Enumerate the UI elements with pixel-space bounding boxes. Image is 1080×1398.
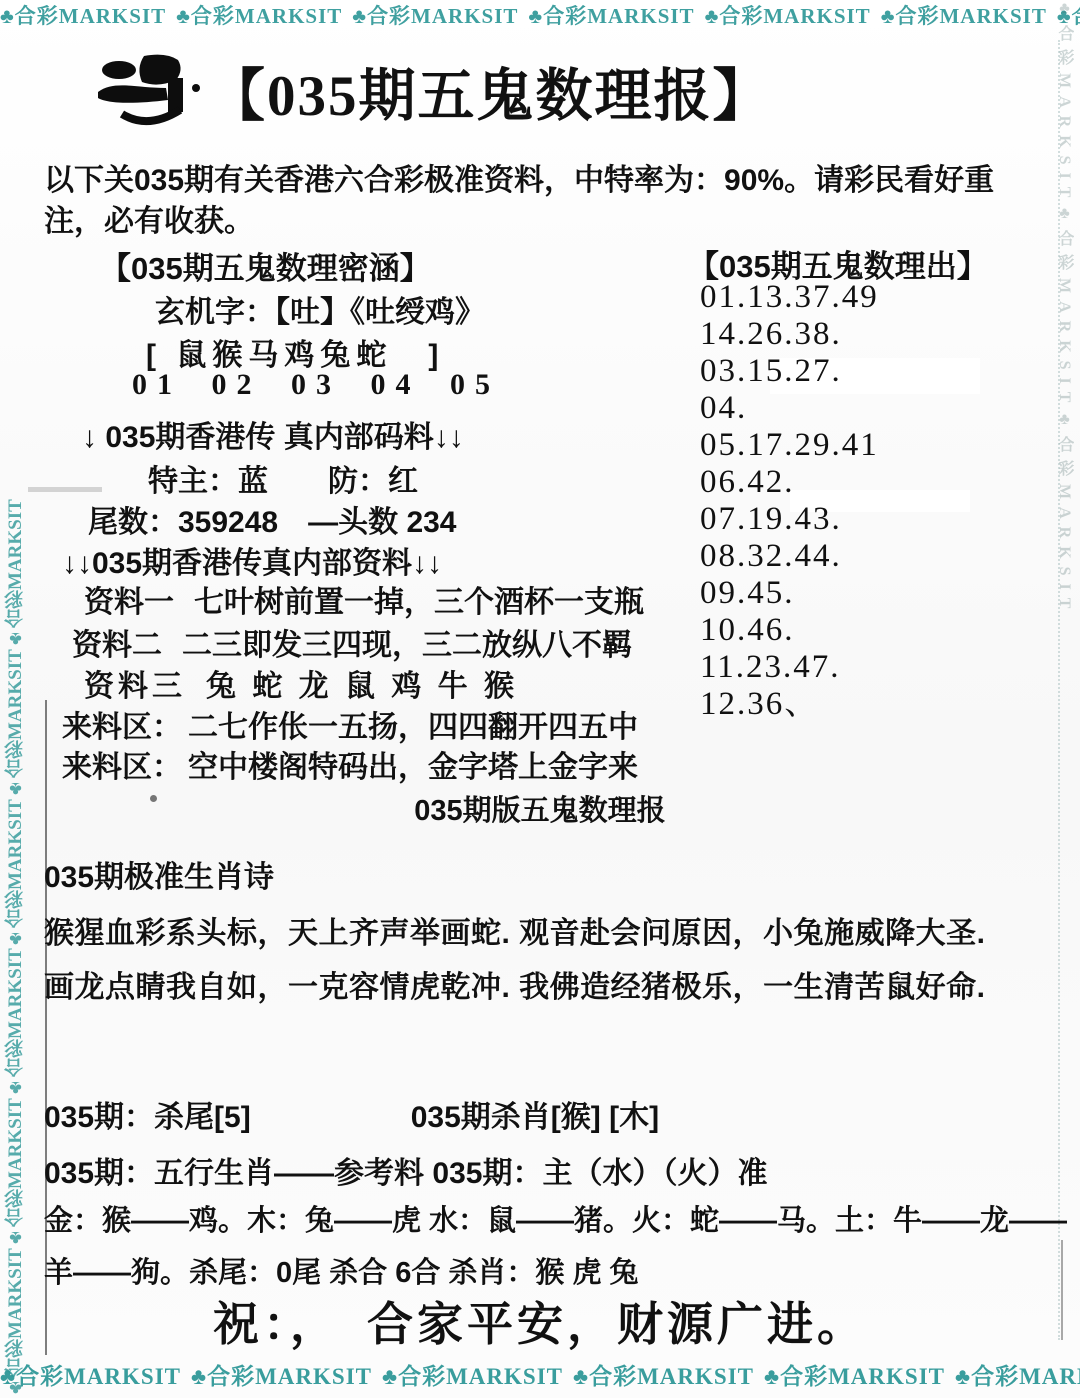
data-line-text: 七叶树前置一掉，三个酒杯一支瓶 <box>194 586 644 619</box>
number-row: 11.23.47. <box>700 649 879 686</box>
scan-smudge <box>28 487 102 492</box>
watermark-text: ♣合彩MARKSIT <box>176 4 342 28</box>
poem-line-2: 画龙点睛我自如，一克容情虎乾冲. 我佛造经猪极乐，一生清苦鼠好命. <box>44 962 986 1006</box>
data-line-text: 二七作伥一五扬，四四翻开四五中 <box>188 711 638 744</box>
data-line-text: 兔 蛇 龙 鼠 鸡 牛 猴 <box>206 670 518 703</box>
data-line-text: 二三即发三四现，三二放纵八不羁 <box>182 629 632 662</box>
section1-heading: ↓ 035期香港传 真内部码料↓↓ <box>82 412 464 456</box>
incoming-line-2: 来料区：空中楼阁特码出，金字塔上金字来 <box>62 742 638 786</box>
tail-head-numbers-line: 尾数：359248 —头数 234 <box>88 497 457 541</box>
number-row: 03.15.27. <box>700 353 879 390</box>
watermark-strip-left: ♣合彩MARKSIT♣合彩MARKSIT♣合彩MARKSIT♣合彩MARKSIT… <box>2 0 36 1398</box>
poem-heading: 035期极准生肖诗 <box>44 852 274 896</box>
watermark-text: ♣合彩MARKSIT <box>573 1364 754 1389</box>
data-line-3: 资料三兔 蛇 龙 鼠 鸡 牛 猴 <box>84 661 518 705</box>
watermark-text: ♣合彩MARKSIT <box>5 649 26 799</box>
right-border-line <box>1058 40 1060 1340</box>
watermark-strip-top: ♣合彩MARKSIT♣合彩MARKSIT♣合彩MARKSIT♣合彩MARKSIT… <box>0 0 1080 36</box>
data-line-text: 空中楼阁特码出，金字塔上金字来 <box>188 751 638 784</box>
blessing-line: 祝：， 合家平安，财源广进。 <box>0 1288 1080 1354</box>
mystic-word-line: 玄机字：【吐】《吐绶鸡》 <box>155 287 485 331</box>
watermark-text: ♣合彩MARKSIT <box>191 1364 372 1389</box>
watermark-text: ♣合彩MARKSIT <box>382 1364 563 1389</box>
watermark-text: ♣合彩MARKSIT <box>764 1364 945 1389</box>
data-line-label: 来料区： <box>62 751 182 784</box>
intro-text: 以下关035期有关香港六合彩极准资料，中特率为：90%。请彩民看好重注，必有收获… <box>44 160 1044 242</box>
elements-pairs-line-1: 金：猴——鸡。木：兔——虎 水：鼠——猪。火：蛇——马。土：牛——龙—— <box>44 1198 1067 1239</box>
watermark-strip-right: ♣合彩MARKSIT♣合彩MARKSIT♣合彩MARKSIT <box>1050 0 1076 1398</box>
watermark-strip-bottom: ♣合彩MARKSIT♣合彩MARKSIT♣合彩MARKSIT♣合彩MARKSIT… <box>0 1358 1080 1398</box>
kill-zodiac-text: 035期杀肖[猴] [木] <box>411 1101 659 1134</box>
elements-pairs-line-2: 羊——狗。杀尾：0尾 杀合 6合 杀肖：猴 虎 兔 <box>44 1250 639 1291</box>
incoming-line-1: 来料区：二七作伥一五扬，四四翻开四五中 <box>62 702 638 746</box>
data-line-label: 资料一 <box>84 586 174 619</box>
watermark-text: ♣合彩MARKSIT <box>881 4 1047 28</box>
watermark-text: ♣合彩MARKSIT <box>5 499 26 649</box>
number-row: 10.46. <box>700 612 879 649</box>
watermark-text: ♣合彩MARKSIT <box>5 949 26 1099</box>
data-line-label: 资料三 <box>84 670 186 703</box>
data-line-label: 资料二 <box>72 629 162 662</box>
kill-tail-text: 035期：杀尾[5] <box>44 1101 251 1134</box>
color-tip-line: 特主：蓝 防：红 <box>148 456 418 500</box>
number-rows: 01.13.37.49 14.26.38. 03.15.27. 04. 05.1… <box>700 279 879 723</box>
number-row: 07.19.43. <box>700 501 879 538</box>
number-row: 06.42. <box>700 464 879 501</box>
number-row: 09.45. <box>700 575 879 612</box>
watermark-text: ♣合彩MARKSIT <box>5 1098 26 1248</box>
number-row: 01.13.37.49 <box>700 279 879 316</box>
poem-line-1: 猴猩血彩系头标，天上齐声举画蛇. 观音赴会问原因，小兔施威降大圣. <box>44 908 986 952</box>
watermark-text: ♣合彩MARKSIT <box>352 4 518 28</box>
data-line-1: 资料一七叶树前置一掉，三个酒杯一支瓶 <box>84 577 644 621</box>
watermark-text: ♣合彩MARKSIT <box>705 4 871 28</box>
number-row: 08.32.44. <box>700 538 879 575</box>
five-elements-heading-line: 035期：五行生肖——参考料 035期：主（水）（火）准 <box>44 1148 767 1192</box>
number-row: 04. <box>700 390 879 427</box>
number-row: 05.17.29.41 <box>700 427 879 464</box>
kill-tail-line: 035期：杀尾[5]035期杀肖[猴] [木] <box>44 1092 659 1136</box>
center-caption: 035期版五鬼数理报 <box>0 788 1080 829</box>
page-title: 【035期五鬼数理报】 <box>208 50 772 132</box>
tip-sheet-page: ♣合彩MARKSIT♣合彩MARKSIT♣合彩MARKSIT♣合彩MARKSIT… <box>0 0 1080 1398</box>
number-row: 12.36、 <box>700 686 879 723</box>
watermark-text: ♣合彩MARKSIT <box>528 4 694 28</box>
data-line-label: 来料区： <box>62 711 182 744</box>
data-line-2: 资料二二三即发三四现，三二放纵八不羁 <box>72 620 632 664</box>
section2-heading: ↓↓035期香港传真内部资料↓↓ <box>62 538 442 582</box>
lucky-numbers-line: 01 02 03 04 05 <box>132 368 500 402</box>
number-row: 14.26.38. <box>700 316 879 353</box>
left-panel-heading: 【035期五鬼数理密涵】 <box>100 243 431 288</box>
